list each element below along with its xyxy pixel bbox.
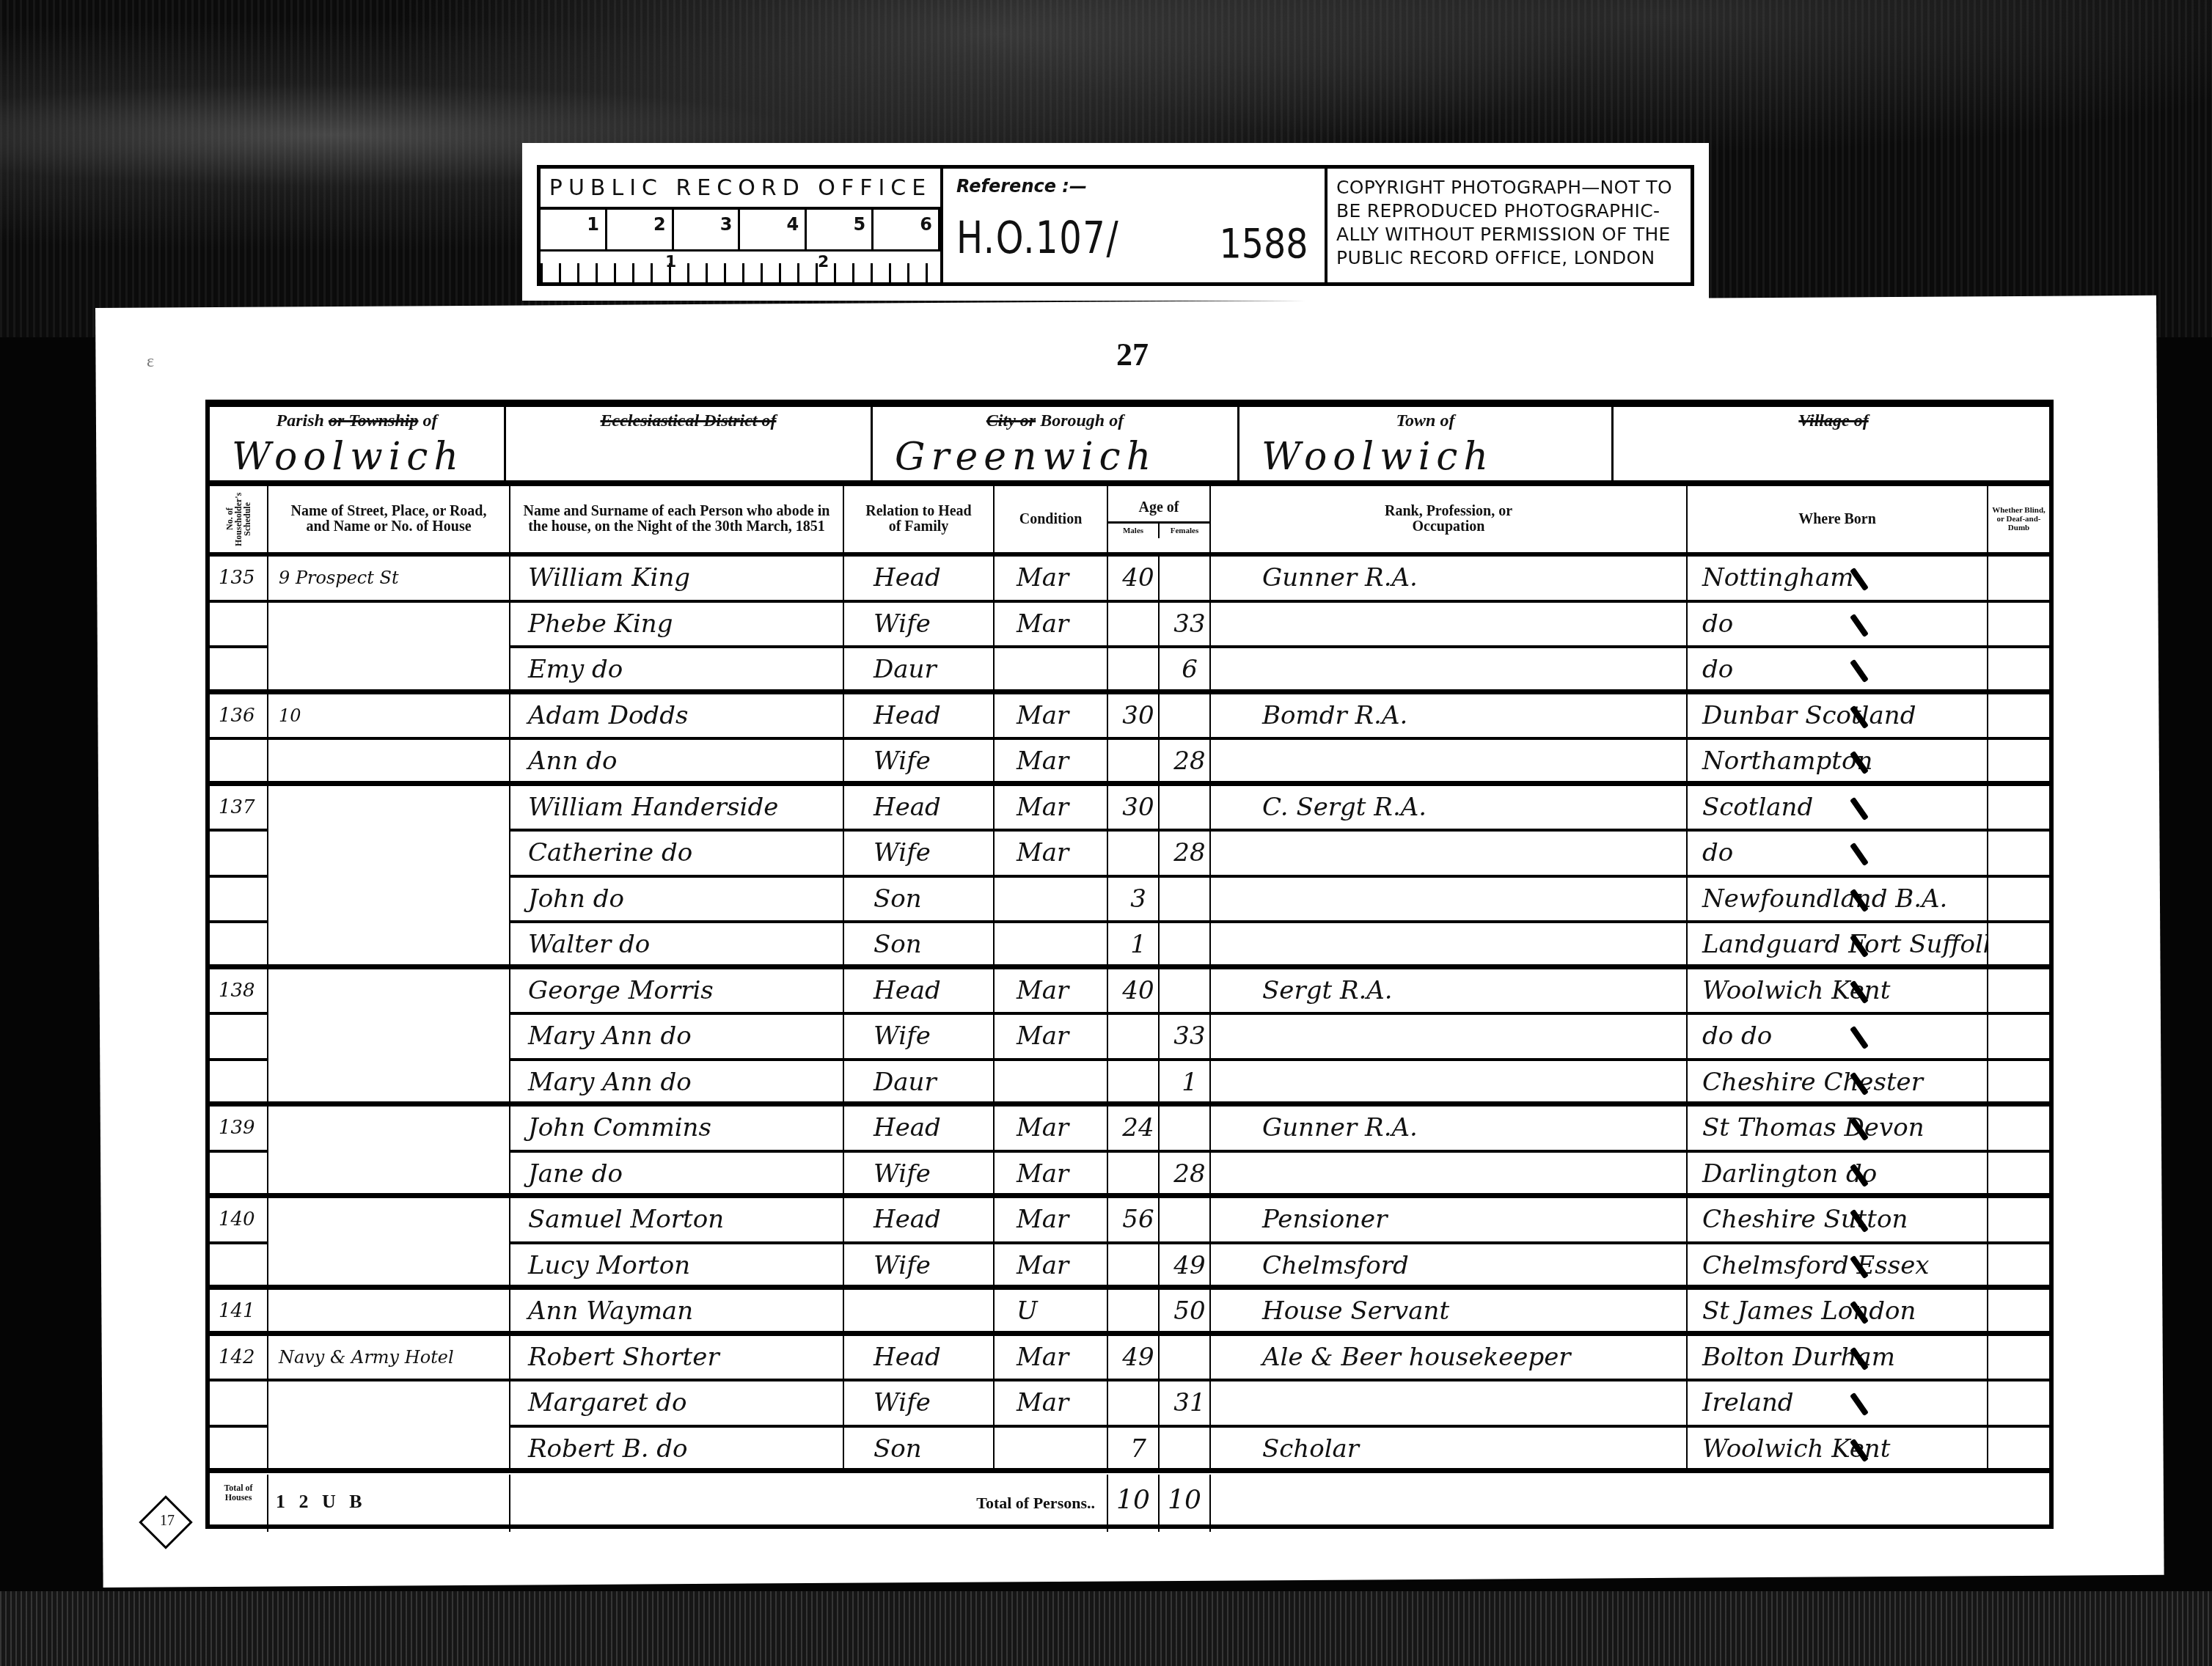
census-row: Lucy MortonWifeMar49ChelmsfordChelmsford… (210, 1244, 2049, 1291)
relation: Daur (844, 648, 995, 694)
person-name: Ann do (510, 740, 844, 786)
column-headers: No. of Householder's Schedule Name of St… (210, 486, 2049, 557)
census-row: 142Navy & Army HotelRobert ShorterHeadMa… (210, 1336, 2049, 1382)
census-row: Emy doDaur6do (210, 648, 2049, 694)
ruler-scale-top: 1 2 3 4 5 6 (541, 210, 940, 252)
relation: Son (844, 1428, 995, 1474)
total-persons-label: Total of Persons.. (510, 1475, 1108, 1532)
borough-label: City or Borough of (873, 411, 1237, 431)
relation: Head (844, 969, 995, 1016)
where-born: Dunbar Scotland (1688, 694, 1988, 741)
blind-deaf-cell (1988, 603, 2049, 649)
schedule-number (210, 603, 268, 649)
parish-value: Woolwich (232, 435, 464, 479)
census-row: Mary Ann doWifeMar33do do (210, 1015, 2049, 1061)
reference-class: H.O.107/ (956, 213, 1119, 264)
occupation (1211, 832, 1688, 878)
blind-deaf-cell (1988, 832, 2049, 878)
where-born: Darlington do (1688, 1153, 1988, 1199)
female-age (1160, 557, 1211, 603)
census-row: Robert B. doSon7ScholarWoolwich Kent (210, 1428, 2049, 1474)
schedule-number: 141 (210, 1290, 268, 1336)
street-address: 10 (268, 694, 510, 741)
total-houses-label: Total of Houses (210, 1475, 268, 1532)
female-age (1160, 1107, 1211, 1153)
census-row: Catherine doWifeMar28do (210, 832, 2049, 878)
female-age (1160, 1336, 1211, 1382)
condition: Mar (995, 1381, 1108, 1428)
blind-deaf-cell (1988, 1107, 2049, 1153)
condition: Mar (995, 1198, 1108, 1244)
street-address: Navy & Army Hotel (268, 1336, 510, 1382)
schedule-number (210, 1153, 268, 1199)
census-row: Ann doWifeMar28Northampton (210, 740, 2049, 786)
col-relation: Relation to Head of Family (844, 486, 995, 552)
street-address (268, 786, 510, 832)
occupation (1211, 923, 1688, 969)
person-name: John do (510, 878, 844, 924)
occupation (1211, 603, 1688, 649)
blind-deaf-cell (1988, 878, 2049, 924)
where-born: Woolwich Kent (1688, 1428, 1988, 1474)
where-born: do (1688, 603, 1988, 649)
female-age: 1 (1160, 1061, 1211, 1107)
condition: Mar (995, 694, 1108, 741)
male-age (1108, 1381, 1160, 1428)
street-address (268, 1107, 510, 1153)
occupation (1211, 1061, 1688, 1107)
parish-label: Parish or Township of (210, 411, 504, 431)
census-table: Parish or Township of Woolwich Ecclesias… (205, 400, 2054, 1529)
page-corner-mark: ε (147, 352, 154, 372)
female-age (1160, 1198, 1211, 1244)
condition: Mar (995, 557, 1108, 603)
female-age: 33 (1160, 1015, 1211, 1061)
blind-deaf-cell (1988, 694, 2049, 741)
blind-deaf-cell (1988, 969, 2049, 1016)
schedule-number (210, 1244, 268, 1291)
where-born: Bolton Durham (1688, 1336, 1988, 1382)
male-age (1108, 1153, 1160, 1199)
occupation: C. Sergt R.A. (1211, 786, 1688, 832)
female-age (1160, 923, 1211, 969)
occupation: Pensioner (1211, 1198, 1688, 1244)
blind-deaf-cell (1988, 740, 2049, 786)
female-age (1160, 1428, 1211, 1474)
male-age (1108, 648, 1160, 694)
where-born: Woolwich Kent (1688, 969, 1988, 1016)
relation: Wife (844, 832, 995, 878)
condition (995, 878, 1108, 924)
street-address (268, 1061, 510, 1107)
male-age: 3 (1108, 878, 1160, 924)
schedule-number (210, 878, 268, 924)
schedule-number (210, 832, 268, 878)
ruler-tick-label: 2 (607, 210, 674, 249)
male-age (1108, 740, 1160, 786)
male-age (1108, 832, 1160, 878)
male-age (1108, 603, 1160, 649)
street-address (268, 1290, 510, 1336)
town-label: Town of (1239, 411, 1611, 431)
condition: Mar (995, 1107, 1108, 1153)
where-born: Scotland (1688, 786, 1988, 832)
street-address (268, 1381, 510, 1428)
female-age (1160, 694, 1211, 741)
col-name: Name and Surname of each Person who abod… (510, 486, 844, 552)
female-age: 28 (1160, 832, 1211, 878)
person-name: Samuel Morton (510, 1198, 844, 1244)
census-row: Mary Ann doDaur1Cheshire Chester (210, 1061, 2049, 1107)
condition: Mar (995, 969, 1108, 1016)
blind-deaf-cell (1988, 1153, 2049, 1199)
blind-deaf-cell (1988, 1061, 2049, 1107)
street-address (268, 1198, 510, 1244)
occupation (1211, 1015, 1688, 1061)
female-age: 33 (1160, 603, 1211, 649)
col-age-females: Females (1160, 524, 1209, 538)
female-age: 50 (1160, 1290, 1211, 1336)
reference-box: Reference :— H.O.107/ 1588 (943, 169, 1327, 282)
person-name: Robert B. do (510, 1428, 844, 1474)
parish-cell: Parish or Township of Woolwich (210, 407, 506, 480)
schedule-number: 139 (210, 1107, 268, 1153)
where-born: Northampton (1688, 740, 1988, 786)
condition: Mar (995, 603, 1108, 649)
person-name: Lucy Morton (510, 1244, 844, 1291)
village-cell: Village of (1614, 407, 2054, 480)
where-born: St Thomas Devon (1688, 1107, 1988, 1153)
blind-deaf-cell (1988, 557, 2049, 603)
female-age: 31 (1160, 1381, 1211, 1428)
schedule-number: 137 (210, 786, 268, 832)
ecclesiastical-district-label: Ecclesiastical District of (601, 411, 777, 430)
borough-value: Greenwich (895, 435, 1157, 479)
relation: Wife (844, 1244, 995, 1291)
person-name: Adam Dodds (510, 694, 844, 741)
condition (995, 923, 1108, 969)
condition: U (995, 1290, 1108, 1336)
total-males: 10 (1108, 1475, 1160, 1532)
female-age: 6 (1160, 648, 1211, 694)
condition (995, 1428, 1108, 1474)
ruler-tick-label: 1 (541, 210, 607, 249)
person-name: William Handerside (510, 786, 844, 832)
blind-deaf-cell (1988, 1244, 2049, 1291)
male-age (1108, 1061, 1160, 1107)
occupation: Gunner R.A. (1211, 557, 1688, 603)
street-address (268, 1244, 510, 1291)
occupation: Scholar (1211, 1428, 1688, 1474)
col-age-males: Males (1108, 524, 1160, 538)
blind-deaf-cell (1988, 648, 2049, 694)
male-age: 1 (1108, 923, 1160, 969)
schedule-number (210, 1061, 268, 1107)
condition: Mar (995, 740, 1108, 786)
schedule-number: 135 (210, 557, 268, 603)
street-address (268, 1428, 510, 1474)
blind-deaf-cell (1988, 1198, 2049, 1244)
blind-deaf-cell (1988, 1336, 2049, 1382)
female-age: 49 (1160, 1244, 1211, 1291)
male-age: 30 (1108, 694, 1160, 741)
where-born: Newfoundland B.A. (1688, 878, 1988, 924)
stamp-number: 17 (150, 1506, 184, 1535)
census-row: 1359 Prospect StWilliam KingHeadMar40Gun… (210, 557, 2049, 603)
male-age (1108, 1015, 1160, 1061)
town-value: Woolwich (1261, 435, 1494, 479)
census-row: Walter doSon1Landguard Fort Suffolk (210, 923, 2049, 969)
schedule-number (210, 1015, 268, 1061)
where-born: Cheshire Chester (1688, 1061, 1988, 1107)
male-age: 49 (1108, 1336, 1160, 1382)
schedule-number (210, 648, 268, 694)
male-age: 40 (1108, 969, 1160, 1016)
copyright-line: PUBLIC RECORD OFFICE, LONDON (1336, 246, 1683, 270)
ruler-tick-label: 2 (818, 253, 829, 271)
total-females: 10 (1160, 1475, 1211, 1532)
ruler-tick-label: 3 (674, 210, 741, 249)
copyright-line: ALLY WITHOUT PERMISSION OF THE (1336, 223, 1683, 246)
relation: Head (844, 694, 995, 741)
female-age: 28 (1160, 1153, 1211, 1199)
male-age: 56 (1108, 1198, 1160, 1244)
occupation: Sergt R.A. (1211, 969, 1688, 1016)
where-born: Chelmsford Essex (1688, 1244, 1988, 1291)
census-rows: 1359 Prospect StWilliam KingHeadMar40Gun… (210, 557, 2049, 1473)
schedule-number (210, 1381, 268, 1428)
col-blind-deaf: Whether Blind, or Deaf-and-Dumb (1988, 486, 2049, 552)
census-row: 139John ComminsHeadMar24Gunner R.A.St Th… (210, 1107, 2049, 1153)
person-name: Margaret do (510, 1381, 844, 1428)
col-condition: Condition (995, 486, 1108, 552)
public-record-office-label: PUBLIC RECORD OFFICE 1 2 3 4 5 6 1 2 Ref… (522, 143, 1709, 301)
street-address (268, 1153, 510, 1199)
pro-title: PUBLIC RECORD OFFICE (541, 169, 940, 210)
blind-deaf-cell (1988, 1428, 2049, 1474)
street-address (268, 832, 510, 878)
census-row: 138George MorrisHeadMar40Sergt R.A.Woolw… (210, 969, 2049, 1016)
occupation: Gunner R.A. (1211, 1107, 1688, 1153)
person-name: Catherine do (510, 832, 844, 878)
street-address (268, 878, 510, 924)
totals-row: Total of Houses 1 2 U B Total of Persons… (210, 1475, 2049, 1532)
col-street: Name of Street, Place, or Road, and Name… (268, 486, 510, 552)
relation: Wife (844, 740, 995, 786)
schedule-number: 136 (210, 694, 268, 741)
male-age: 24 (1108, 1107, 1160, 1153)
male-age (1108, 1244, 1160, 1291)
ruler-tick-label: 4 (740, 210, 807, 249)
schedule-number: 140 (210, 1198, 268, 1244)
col-schedule: No. of Householder's Schedule (210, 486, 268, 552)
schedule-number (210, 1428, 268, 1474)
relation: Son (844, 878, 995, 924)
where-born: St James London (1688, 1290, 1988, 1336)
folio-number: 27 (1116, 336, 1149, 373)
blind-deaf-cell (1988, 1381, 2049, 1428)
relation: Wife (844, 603, 995, 649)
where-born: do (1688, 648, 1988, 694)
village-label: Village of (1798, 411, 1868, 430)
male-age: 40 (1108, 557, 1160, 603)
blind-deaf-cell (1988, 1015, 2049, 1061)
condition: Mar (995, 1244, 1108, 1291)
street-address (268, 1015, 510, 1061)
occupation (1211, 648, 1688, 694)
where-born: Cheshire Sutton (1688, 1198, 1988, 1244)
relation: Daur (844, 1061, 995, 1107)
occupation: Bomdr R.A. (1211, 694, 1688, 741)
schedule-number (210, 740, 268, 786)
female-age: 28 (1160, 740, 1211, 786)
ecclesiastical-district-cell: Ecclesiastical District of (506, 407, 873, 480)
ruler-scale-bottom: 1 2 (541, 252, 940, 282)
male-age (1108, 1290, 1160, 1336)
street-address (268, 648, 510, 694)
condition: Mar (995, 1153, 1108, 1199)
street-address (268, 923, 510, 969)
person-name: William King (510, 557, 844, 603)
person-name: Emy do (510, 648, 844, 694)
blind-deaf-cell (1988, 1290, 2049, 1336)
condition (995, 1061, 1108, 1107)
relation: Wife (844, 1381, 995, 1428)
condition: Mar (995, 1015, 1108, 1061)
relation: Head (844, 1107, 995, 1153)
reference-label: Reference :— (956, 176, 1087, 197)
col-occupation: Rank, Profession, or Occupation (1211, 486, 1688, 552)
occupation (1211, 740, 1688, 786)
person-name: Jane do (510, 1153, 844, 1199)
person-name: Robert Shorter (510, 1336, 844, 1382)
female-age (1160, 786, 1211, 832)
copyright-line: COPYRIGHT PHOTOGRAPH—NOT TO (1336, 176, 1683, 199)
person-name: Mary Ann do (510, 1061, 844, 1107)
locality-header: Parish or Township of Woolwich Ecclesias… (210, 407, 2049, 486)
relation (844, 1290, 995, 1336)
reference-piece: 1588 (1220, 220, 1308, 268)
where-born: do do (1688, 1015, 1988, 1061)
schedule-number: 142 (210, 1336, 268, 1382)
census-row: 140Samuel MortonHeadMar56PensionerCheshi… (210, 1198, 2049, 1244)
street-address (268, 603, 510, 649)
person-name: John Commins (510, 1107, 844, 1153)
street-address (268, 740, 510, 786)
census-row: Phebe KingWifeMar33do (210, 603, 2049, 649)
relation: Wife (844, 1153, 995, 1199)
where-born: Ireland (1688, 1381, 1988, 1428)
where-born: Landguard Fort Suffolk (1688, 923, 1988, 969)
schedule-number: 138 (210, 969, 268, 1016)
town-cell: Town of Woolwich (1239, 407, 1614, 480)
census-row: John doSon3Newfoundland B.A. (210, 878, 2049, 924)
relation: Head (844, 786, 995, 832)
condition: Mar (995, 832, 1108, 878)
col-age: Age of MalesFemales (1108, 486, 1211, 552)
where-born: Nottingham (1688, 557, 1988, 603)
condition (995, 648, 1108, 694)
total-houses-value: 1 2 U B (268, 1475, 510, 1532)
occupation: House Servant (1211, 1290, 1688, 1336)
blind-deaf-cell (1988, 923, 2049, 969)
occupation: Chelmsford (1211, 1244, 1688, 1291)
borough-cell: City or Borough of Greenwich (873, 407, 1239, 480)
occupation (1211, 1381, 1688, 1428)
scan-background-bottom (0, 1591, 2212, 1666)
schedule-number (210, 923, 268, 969)
where-born: do (1688, 832, 1988, 878)
street-address (268, 969, 510, 1016)
person-name: Mary Ann do (510, 1015, 844, 1061)
occupation (1211, 1153, 1688, 1199)
female-age (1160, 969, 1211, 1016)
relation: Head (844, 557, 995, 603)
blind-deaf-cell (1988, 786, 2049, 832)
street-address: 9 Prospect St (268, 557, 510, 603)
ruler-tick-label: 6 (874, 210, 940, 249)
census-row: 137William HandersideHeadMar30C. Sergt R… (210, 786, 2049, 832)
ruler-tick-label: 5 (807, 210, 874, 249)
ruler-tick-label: 1 (665, 253, 676, 271)
col-where-born: Where Born (1688, 486, 1988, 552)
male-age: 30 (1108, 786, 1160, 832)
census-row: Jane doWifeMar28Darlington do (210, 1153, 2049, 1199)
copyright-line: BE REPRODUCED PHOTOGRAPHIC- (1336, 199, 1683, 223)
person-name: Ann Wayman (510, 1290, 844, 1336)
relation: Son (844, 923, 995, 969)
person-name: Phebe King (510, 603, 844, 649)
relation: Head (844, 1198, 995, 1244)
condition: Mar (995, 1336, 1108, 1382)
census-row: 13610Adam DoddsHeadMar30Bomdr R.A.Dunbar… (210, 694, 2049, 741)
person-name: Walter do (510, 923, 844, 969)
person-name: George Morris (510, 969, 844, 1016)
relation: Wife (844, 1015, 995, 1061)
census-row: Margaret doWifeMar31Ireland (210, 1381, 2049, 1428)
male-age: 7 (1108, 1428, 1160, 1474)
female-age (1160, 878, 1211, 924)
condition: Mar (995, 786, 1108, 832)
occupation (1211, 878, 1688, 924)
relation: Head (844, 1336, 995, 1382)
copyright-notice: COPYRIGHT PHOTOGRAPH—NOT TO BE REPRODUCE… (1327, 169, 1691, 282)
occupation: Ale & Beer housekeeper (1211, 1336, 1688, 1382)
census-row: 141Ann WaymanU50House ServantSt James Lo… (210, 1290, 2049, 1336)
